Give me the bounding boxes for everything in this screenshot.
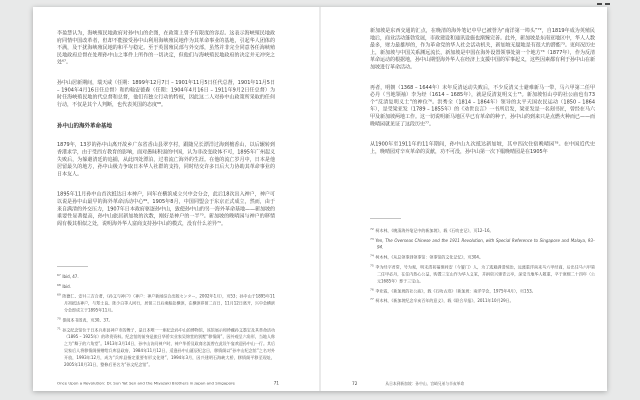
paragraph: 1895年11月孙中山首次抵达日本神户，同年在横滨成立兴中会分会，此后18次出入… <box>57 191 275 227</box>
footnotes-left: 67Ibid, 47. 68Ibid. 69陈德仁、安井三吉合著，《孙文与神户》… <box>57 272 275 370</box>
footnote-text: 柯木林，《从总领事到领事馆：领事馆的文化记忆》，页304。 <box>375 255 483 260</box>
paragraph: 1879年，13岁的孙中山离开故乡广东省香山县翠亨村，跟随兄长漂洋过海到檀香山，… <box>57 142 275 178</box>
footnote-text: Yen, The Overseas Chinese and the 1911 R… <box>375 238 595 250</box>
footnote-number: 68 <box>57 283 61 287</box>
page-footer: Once Upon a Revolution: Dr. Sun Yat Sen … <box>57 381 279 386</box>
footnote-number: 70 <box>57 317 61 321</box>
footnote-text: 孙文纪念馆位于日本兵库县神户市的舞子，是日本唯一一座纪念孙中山的博物馆，该馆展示… <box>62 328 275 368</box>
footnote-number: 71 <box>57 327 61 331</box>
footnote: 77柯木林，《新加坡纪念辛亥百年的意义》，载《联合早报》，2011年10月29日… <box>370 296 595 304</box>
footnote: 74柯木林，《从总领事到领事馆：领事馆的文化记忆》，页304。 <box>370 253 595 261</box>
page-spread: 李盈慧认为，海峡殖民地政府对孙中山的企图，在政策上曾予有限度的容忍。这表示海峡殖… <box>33 7 607 391</box>
footnote-separator <box>57 266 88 267</box>
footnotes-right: 72柯木林，《晚清海外笔记中的新加坡》，载《石叻史记》，页12–16。 73Ye… <box>370 226 595 306</box>
footnote-number: 73 <box>370 237 374 241</box>
footnote-number: 72 <box>370 228 374 232</box>
footer-page-number: 72 <box>352 382 357 387</box>
footnote-text: 李业霖，《新加坡的社公庙》，载《石叻古迹》（新加坡：南洋学会，1975年4月），… <box>375 289 535 294</box>
footnote-number: 76 <box>370 288 374 292</box>
footnote-text: Ibid. <box>62 284 71 289</box>
paragraph: 再者，明朝（1368 – 1644年）末年反清运动失败后，不少反清义士避难新马一… <box>370 84 595 128</box>
footnote: 75李为经字君常，号为观，明末清初福建同安（今厦门）人，为了逃避满清统治，远渡重… <box>370 262 595 284</box>
footnote-text: 柯木林，《新加坡纪念辛亥百年的意义》，载《联合早报》，2011年10月29日。 <box>375 298 513 303</box>
paragraph: 李盈慧认为，海峡殖民地政府对孙中山的企图，在政策上曾予有限度的容忍。这表示海峡殖… <box>57 30 275 66</box>
footnote: 73Yen, The Overseas Chinese and the 1911… <box>370 236 595 251</box>
paragraph: 新加坡是东西交通的汇点，在晚清的海外笔记中早已被誉为“南洋第一埠头”⁷²，自18… <box>370 28 595 72</box>
footnote: 68Ibid. <box>57 282 275 290</box>
page-seam <box>319 7 321 391</box>
paragraph: 从1900年至1911年的11年期间，孙中山九次抵达新加坡，其中四次住宿晚晴园⁷… <box>370 141 595 156</box>
page-71: 李盈慧认为，海峡殖民地政府对孙中山的企图，在政策上曾予有限度的容忍。这表示海峡殖… <box>33 7 320 391</box>
footnote-number: 75 <box>370 264 374 268</box>
footnote-number: 74 <box>370 254 374 258</box>
footnote: 69陈德仁、安井三吉合著，《孙文与神户》（神户：神户新闻综合出版センター，200… <box>57 292 275 314</box>
footnote: 67Ibid, 47. <box>57 272 275 280</box>
page-footer: 72 从日本到新加坡：孙中山、宫崎兄弟与辛亥革命 <box>352 381 464 387</box>
footnote-number: 69 <box>57 293 61 297</box>
corner-dashes-icon <box>597 3 610 5</box>
footnote: 72柯木林，《晚清海外笔记中的新加坡》，载《石叻史记》，页12–16。 <box>370 226 595 234</box>
footer-book-title: Once Upon a Revolution: Dr. Sun Yat Sen … <box>57 381 235 386</box>
footer-book-title: 从日本到新加坡：孙中山、宫崎兄弟与辛亥革命 <box>385 381 464 387</box>
paragraph: 孙中山居新期间，瑞天咸（任期：1899年12月7日 – 1901年11月5日任代… <box>57 79 275 108</box>
footnote-separator <box>370 218 401 219</box>
footnote-text: 李为经字君常，号为观，明末清初福建同安（今厦门）人，为了逃避满清统治，远渡重洋南… <box>375 265 595 284</box>
document-viewer: 李盈慧认为，海峡殖民地政府对孙中山的企图，在政策上曾予有限度的容忍。这表示海峡殖… <box>0 0 640 400</box>
section-heading: 孙中山的海外革命基地 <box>57 122 275 130</box>
footnote-text: 参阅本书图表，页30、37。 <box>62 318 112 323</box>
footnote: 76李业霖，《新加坡的社公庙》，载《石叻古迹》（新加坡：南洋学会，1975年4月… <box>370 286 595 294</box>
footnote-text: Ibid, 47. <box>62 274 78 279</box>
footnote: 70参阅本书图表，页30、37。 <box>57 315 275 323</box>
footnote-text: 柯木林，《晚清海外笔记中的新加坡》，载《石叻史记》，页12–16。 <box>375 228 493 233</box>
footer-page-number: 71 <box>274 381 279 386</box>
footnote-text: 陈德仁、安井三吉合著，《孙文与神户》（神户：神户新闻综合出版センター，2002年… <box>62 294 275 313</box>
page-72: 新加坡是东西交通的汇点，在晚清的海外笔记中早已被誉为“南洋第一埠头”⁷²，自18… <box>320 7 607 391</box>
footnote-number: 67 <box>57 274 61 278</box>
footnote-number: 77 <box>370 298 374 302</box>
page-71-text: 李盈慧认为，海峡殖民地政府对孙中山的企图，在政策上曾予有限度的容忍。这表示海峡殖… <box>57 30 275 241</box>
page-72-text: 新加坡是东西交通的汇点，在晚清的海外笔记中早已被誉为“南洋第一埠头”⁷²，自18… <box>370 28 595 169</box>
footnote: 71孙文纪念馆位于日本兵库县神户市的舞子，是日本唯一一座纪念孙中山的博物馆，该馆… <box>57 325 275 368</box>
